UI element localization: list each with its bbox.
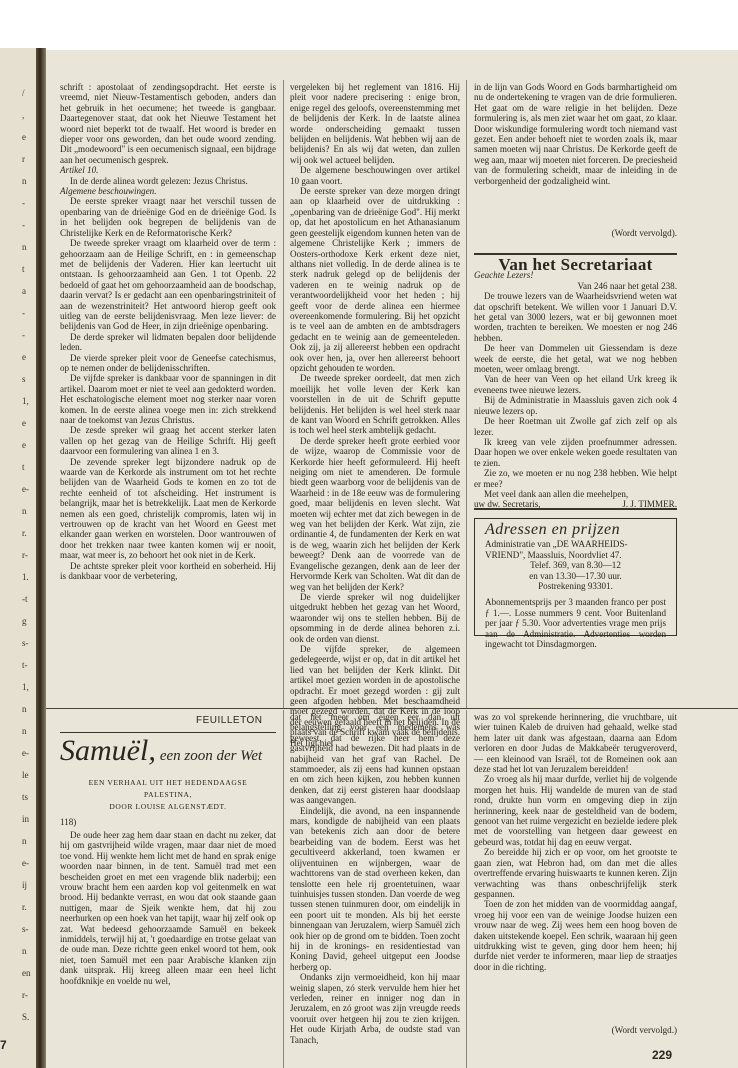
address-line: VRIEND", Maassluis, Noordvliet 47. (485, 550, 666, 560)
column-divider (466, 710, 467, 1068)
paragraph: Van de heer van Veen op het eiland Urk k… (474, 374, 677, 395)
text-fragment: e- (22, 484, 36, 495)
binding-gutter (36, 48, 46, 1068)
text-fragment: n (22, 704, 36, 715)
previous-page-number: 7 (0, 1038, 7, 1052)
text-fragment: e (22, 132, 36, 143)
prices-text: Abonnementsprijs per 3 maanden franco pe… (485, 597, 666, 649)
text-fragment: - (22, 330, 36, 341)
paragraph: Zo bereidde hij zich er op voor, om het … (474, 847, 677, 899)
paragraph: De eerste spreker van deze morgen dringt… (290, 186, 460, 373)
paragraph: Zo vroeg als hij maar durfde, verliet hi… (474, 774, 677, 847)
paragraph: De algemene beschouwingen over artikel 1… (290, 165, 460, 186)
text-fragment: e (22, 352, 36, 363)
text-fragment: t (22, 462, 36, 473)
column-divider (466, 80, 467, 708)
paragraph: In de derde alinea wordt gelezen: Jezus … (60, 176, 276, 186)
previous-page-edge: /,ern--nta--es1,eete-nr.r-1.-tgs-t-1,nne… (0, 48, 36, 1068)
text-fragment: s- (22, 638, 36, 649)
addresses-box: Adressen en prijzen Administratie van „D… (474, 518, 677, 636)
feuilleton-label: FEUILLETON (196, 715, 263, 726)
paragraph: De achtste spreker pleit voor kortheid e… (60, 561, 276, 582)
feuilleton-column-2: dat het meer om eigen eer dan uit belang… (290, 712, 460, 1045)
paragraph: Met veel dank aan allen die meehelpen, (474, 489, 677, 499)
text-fragment: , (22, 110, 36, 121)
story-title: Samuël, een zoon der Wet (60, 734, 262, 768)
text-fragment: r- (22, 550, 36, 561)
text-fragment: g (22, 616, 36, 627)
paragraph: Bij de Administratie in Maassluis gaven … (474, 395, 677, 416)
story-subtitle: EEN VERHAAL UIT HET HEDENDAAGSE PALESTIN… (60, 777, 276, 813)
text-fragment: 1, (22, 396, 36, 407)
paragraph: De tweede spreker vraagt om klaarheid ov… (60, 238, 276, 332)
paragraph: De vierde spreker wil nog duidelijker ui… (290, 592, 460, 644)
story-title-main: Samuël, (60, 734, 156, 767)
feuilleton-rule (60, 732, 276, 733)
paragraph: De vijfde spreker is dankbaar voor de sp… (60, 373, 276, 425)
page-number: 229 (652, 1048, 672, 1062)
text-fragment: e (22, 418, 36, 429)
text-fragment: n (22, 946, 36, 957)
paragraph: De zevende spreker legt bijzondere nadru… (60, 457, 276, 561)
paragraph: De zesde spreker wil graag het accent st… (60, 425, 276, 456)
paragraph: De oude heer zag hem daar staan en dacht… (60, 830, 276, 986)
text-fragment: t (22, 264, 36, 275)
paragraph: Ik kreeg van vele zijden proefnummer adr… (474, 437, 677, 468)
paragraph: De derde spreker heeft grote eerbied voo… (290, 436, 460, 592)
address-line: en van 13.30—17.30 uur. (485, 571, 666, 581)
text-fragment: en (22, 968, 36, 979)
column-divider (283, 80, 284, 708)
paragraph: De trouwe lezers van de Waarheidsvriend … (474, 291, 677, 343)
text-fragment: n (22, 242, 36, 253)
text-fragment: e (22, 440, 36, 451)
continued-note: (Wordt vervolgd.) (474, 1025, 677, 1035)
column-divider (283, 710, 284, 1068)
text-fragment: 1, (22, 682, 36, 693)
text-fragment: r. (22, 528, 36, 539)
addresses-title: Adressen en prijzen (485, 525, 666, 535)
subtitle-line: PALESTINA, (60, 789, 276, 801)
subtitle-line: EEN VERHAAL UIT HET HEDENDAAGSE (60, 777, 276, 789)
paragraph: Artikel 10. (60, 165, 276, 175)
paragraph: Algemene beschouwingen. (60, 186, 276, 196)
text-fragment: - (22, 220, 36, 231)
text-fragment: n (22, 836, 36, 847)
text-fragment: - (22, 308, 36, 319)
text-fragment: - (22, 198, 36, 209)
paragraph: Toen de zon het midden van de voormiddag… (474, 899, 677, 972)
text-fragment: t- (22, 660, 36, 671)
text-fragment: e- (22, 858, 36, 869)
text-fragment: n (22, 176, 36, 187)
text-fragment: r (22, 154, 36, 165)
text-fragment: s- (22, 924, 36, 935)
text-fragment: le (22, 770, 36, 781)
paragraph: vergeleken bij het reglement van 1816. H… (290, 82, 460, 165)
paragraph: Zie zo, we moeten er nu nog 238 hebben. … (474, 468, 677, 489)
text-fragment: n (22, 726, 36, 737)
newspaper-page: schrift : apostolaat of zendingsopdracht… (46, 50, 738, 1068)
feuilleton-column-3: was zo vol sprekende herinnering, die vr… (474, 712, 677, 972)
paragraph: De heer van Dommelen uit Giessendam is d… (474, 343, 677, 374)
text-fragment: e- (22, 748, 36, 759)
feuilleton-column-1: De oude heer zag hem daar staan en dacht… (60, 830, 276, 986)
section-title: Van het Secretariaat (474, 260, 677, 270)
paragraph: schrift : apostolaat of zendingsopdracht… (60, 82, 276, 165)
paragraph: De vierde spreker pleit voor de Geneefse… (60, 353, 276, 374)
section-rule (474, 508, 677, 510)
text-fragment: ts (22, 792, 36, 803)
paragraph: De eerste spreker vraagt naar het versch… (60, 196, 276, 238)
text-fragment: in (22, 814, 36, 825)
story-author: DOOR LOUISE ALGENSTÆDT. (60, 801, 276, 813)
paragraph: De heer Roetman uit Zwolle gaf zich zelf… (474, 416, 677, 437)
secretariaat-section: Van het Secretariaat Geachte Lezers! Van… (474, 260, 677, 510)
article-column-1: schrift : apostolaat of zendingsopdracht… (60, 82, 276, 582)
address-line: Administratie van „DE WAARHEIDS- (485, 539, 666, 549)
paragraph: dat het meer om eigen eer dan uit belang… (290, 712, 460, 806)
continued-note: (Wordt vervolgd). (474, 228, 677, 238)
text-fragment: r. (22, 902, 36, 913)
article-column-2: vergeleken bij het reglement van 1816. H… (290, 82, 460, 748)
text-fragment: n (22, 506, 36, 517)
text-fragment: / (22, 88, 36, 99)
paragraph: was zo vol sprekende herinnering, die vr… (474, 712, 677, 774)
paragraph: De derde spreker wil lidmaten bepalen do… (60, 332, 276, 353)
address-line: Postrekening 93301. (485, 581, 666, 591)
text-fragment: ij (22, 880, 36, 891)
text-fragment: r- (22, 990, 36, 1001)
text-fragment: -t (22, 594, 36, 605)
paragraph: Eindelijk, die avond, na een inspannende… (290, 806, 460, 973)
subhead: Van 246 naar het getal 238. (474, 281, 677, 291)
page-rule (46, 708, 738, 709)
paragraph: De tweede spreker oordeelt, dat men zich… (290, 373, 460, 435)
story-title-rest: een zoon der Wet (160, 748, 262, 764)
paragraph: in de lijn van Gods Woord en Gods barmha… (474, 82, 677, 186)
address-line: Telef. 369, van 8.30—12 (485, 560, 666, 570)
article-column-3: in de lijn van Gods Woord en Gods barmha… (474, 82, 677, 186)
episode-number: 118) (60, 817, 276, 827)
text-fragment: s (22, 374, 36, 385)
paragraph: Ondanks zijn vermoeidheid, kon hij maar … (290, 972, 460, 1045)
text-fragment: a (22, 286, 36, 297)
text-fragment: 1. (22, 572, 36, 583)
text-fragment: S. (22, 1012, 36, 1023)
